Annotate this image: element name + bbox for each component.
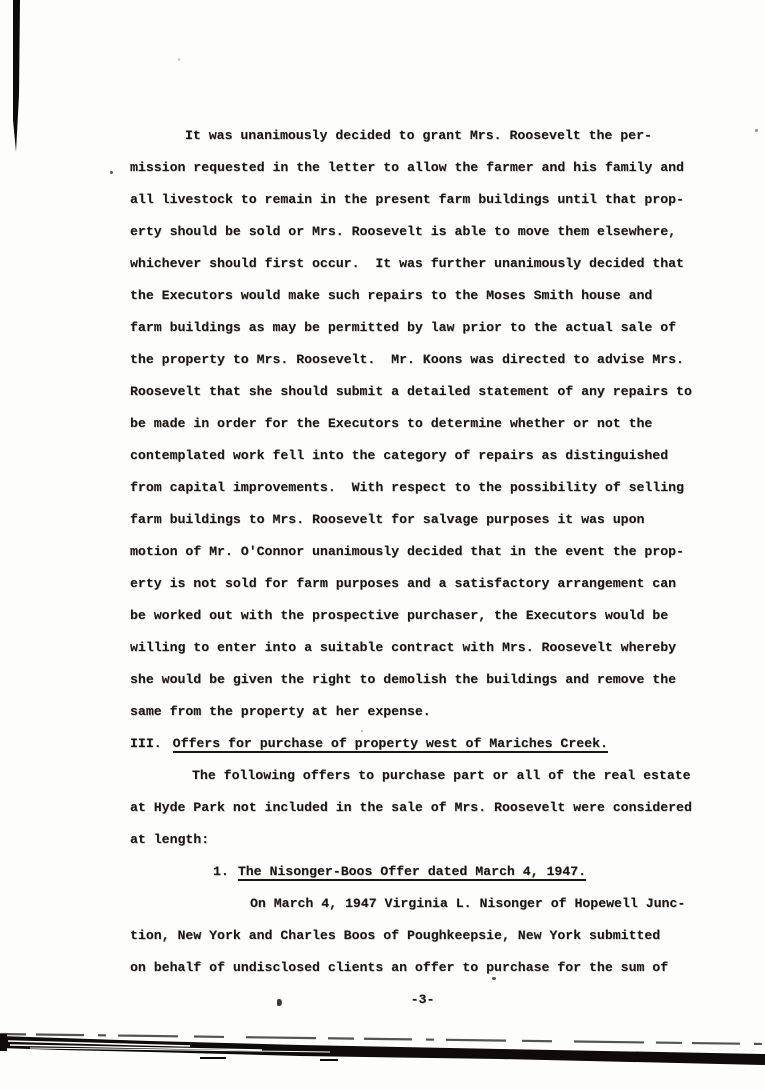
paragraph-1-line: motion of Mr. O'Connor unanimously decid… <box>130 536 715 568</box>
scan-speck <box>361 730 363 732</box>
paragraph-1-line: willing to enter into a suitable contrac… <box>130 632 715 664</box>
paragraph-1-line: be made in order for the Executors to de… <box>130 408 715 440</box>
scan-speck <box>110 171 113 174</box>
paragraph-1-line: farm buildings to Mrs. Roosevelt for sal… <box>130 504 715 536</box>
page-number: -3- <box>130 984 715 1016</box>
paragraph-3-line: on behalf of undisclosed clients an offe… <box>130 952 715 984</box>
document-body: It was unanimously decided to grant Mrs.… <box>130 120 715 1016</box>
offer-item-title: The Nisonger-Boos Offer dated March 4, 1… <box>238 864 586 881</box>
scan-edge-vertical-line <box>0 0 40 170</box>
paragraph-1-line: Roosevelt that she should submit a detai… <box>130 376 715 408</box>
paragraph-2-line: at length: <box>130 824 715 856</box>
paragraph-1-line: same from the property at her expense. <box>130 696 715 728</box>
paragraph-3-line: On March 4, 1947 Virginia L. Nisonger of… <box>130 888 715 920</box>
paragraph-1-line: the Executors would make such repairs to… <box>130 280 715 312</box>
paragraph-1-line: she would be given the right to demolish… <box>130 664 715 696</box>
paragraph-1-line: It was unanimously decided to grant Mrs.… <box>130 120 715 152</box>
paragraph-1-line: contemplated work fell into the category… <box>130 440 715 472</box>
paragraph-1-line: mission requested in the letter to allow… <box>130 152 715 184</box>
paragraph-1-line: all livestock to remain in the present f… <box>130 184 715 216</box>
scanned-document-page: It was unanimously decided to grant Mrs.… <box>0 0 765 1090</box>
section-heading-number: III. <box>130 728 162 760</box>
section-heading-title: Offers for purchase of property west of … <box>173 736 608 753</box>
paragraph-3-line: tion, New York and Charles Boos of Pough… <box>130 920 715 952</box>
offer-item-heading: 1.The Nisonger-Boos Offer dated March 4,… <box>130 856 715 888</box>
scan-bottom-black-band <box>0 1020 765 1090</box>
paragraph-1-line: the property to Mrs. Roosevelt. Mr. Koon… <box>130 344 715 376</box>
paragraph-2-line: The following offers to purchase part or… <box>130 760 715 792</box>
paragraph-1-line: erty should be sold or Mrs. Roosevelt is… <box>130 216 715 248</box>
paragraph-1-line: farm buildings as may be permitted by la… <box>130 312 715 344</box>
offer-item-number: 1. <box>213 856 229 888</box>
scan-speck <box>492 977 496 980</box>
scan-speck <box>277 999 282 1006</box>
paragraph-1-line: erty is not sold for farm purposes and a… <box>130 568 715 600</box>
section-heading: III.Offers for purchase of property west… <box>130 728 715 760</box>
paragraph-2-line: at Hyde Park not included in the sale of… <box>130 792 715 824</box>
paragraph-1-line: whichever should first occur. It was fur… <box>130 248 715 280</box>
scan-speck <box>755 129 758 132</box>
paragraph-1-line: be worked out with the prospective purch… <box>130 600 715 632</box>
scan-speck <box>178 58 180 61</box>
paragraph-1-line: from capital improvements. With respect … <box>130 472 715 504</box>
